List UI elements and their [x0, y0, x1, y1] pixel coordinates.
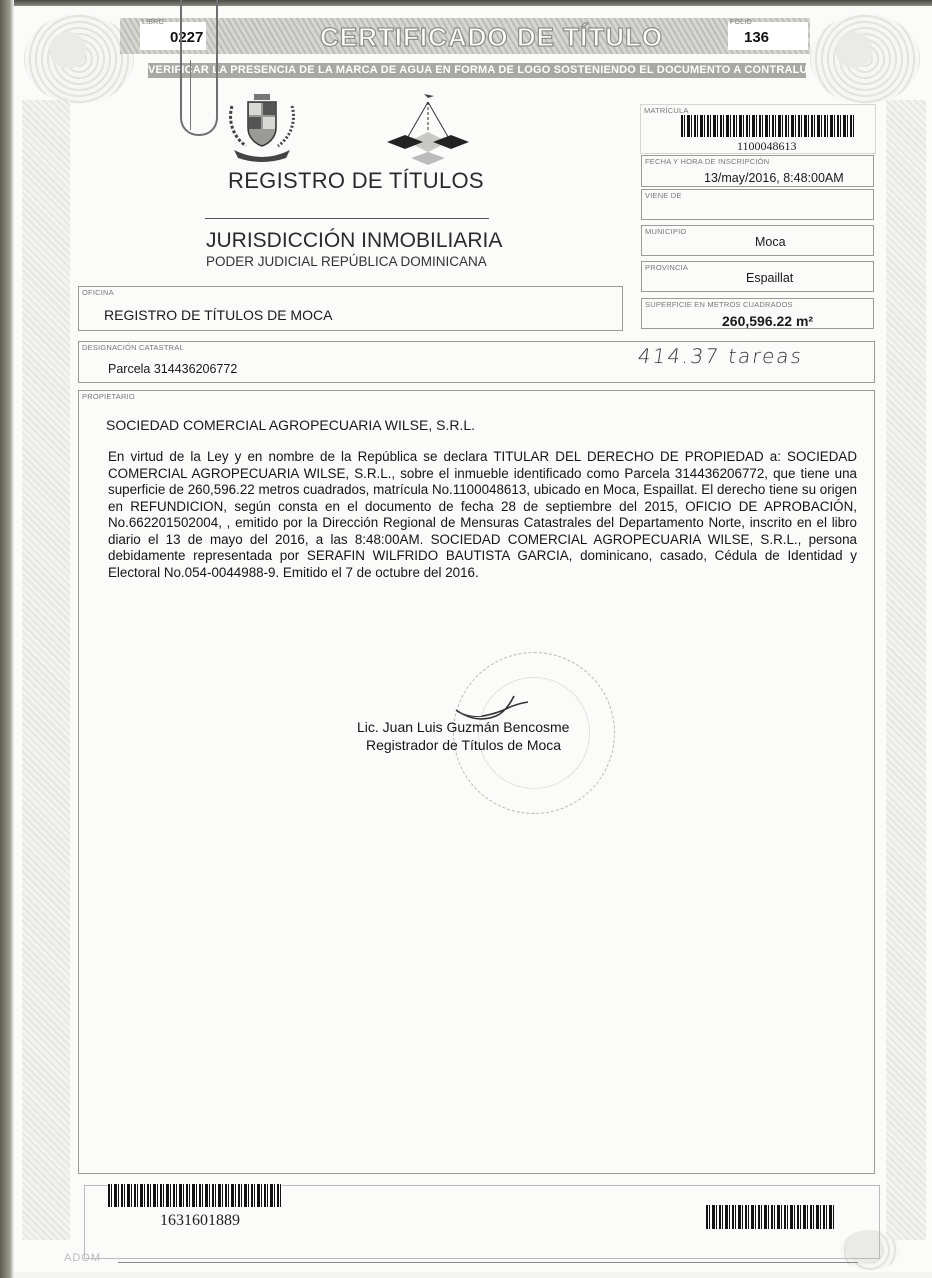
- provincia-value: Espaillat: [746, 271, 793, 285]
- owner-name: SOCIEDAD COMERCIAL AGROPECUARIA WILSE, S…: [106, 417, 475, 433]
- secondary-barcode-icon: [706, 1205, 836, 1229]
- divider: [205, 218, 489, 219]
- provincia-label: PROVINCIA: [645, 263, 688, 272]
- title-declaration-text: En virtud de la Ley y en nombre de la Re…: [108, 449, 857, 581]
- ornament-corner-icon: [24, 14, 134, 104]
- matricula-value: 1100048613: [737, 139, 797, 154]
- matricula-label: MATRÍCULA: [644, 106, 689, 115]
- footer-barcode-icon: [108, 1184, 282, 1207]
- provincia-field: PROVINCIA Espaillat: [641, 261, 874, 292]
- guilloche-border-right: [886, 100, 926, 1240]
- org-title: REGISTRO DE TÍTULOS: [228, 168, 484, 194]
- coat-of-arms-icon: [222, 92, 302, 164]
- paperclip-icon: [180, 0, 218, 136]
- signer-name: Lic. Juan Luis Guzmán Bencosme: [357, 719, 569, 735]
- oficina-field: OFICINA REGISTRO DE TÍTULOS DE MOCA: [78, 286, 623, 331]
- municipio-label: MUNICIPIO: [645, 227, 686, 236]
- cadastre-logo-icon: [385, 92, 471, 166]
- fecha-inscripcion-label: FECHA Y HORA DE INSCRIPCIÓN: [645, 157, 769, 166]
- municipio-value: Moca: [755, 235, 786, 249]
- viene-de-label: VIENE DE: [645, 191, 682, 200]
- jurisdiction-title: JURISDICCIÓN INMOBILIARIA: [206, 229, 502, 253]
- footer-barcode-number: 1631601889: [160, 1212, 240, 1230]
- guilloche-border-left: [22, 100, 70, 1240]
- signer-title: Registrador de Títulos de Moca: [366, 737, 561, 753]
- superficie-value: 260,596.22 m²: [722, 313, 813, 329]
- superficie-label: SUPERFICIE EN METROS CUADRADOS: [645, 300, 793, 309]
- folio-box: FOLIO 136: [728, 22, 808, 50]
- certificate-title: CERTIFICADO DE TÍTULO: [320, 22, 663, 53]
- folio-value: 136: [744, 29, 769, 46]
- municipio-field: MUNICIPIO Moca: [641, 225, 874, 256]
- jurisdiction-subtitle: PODER JUDICIAL REPÚBLICA DOMINICANA: [206, 254, 487, 269]
- propietario-label: PROPIETARIO: [82, 392, 135, 401]
- libro-label: LIBRO: [142, 19, 164, 26]
- handwritten-note: 414.37 tareas: [636, 344, 805, 368]
- viene-de-field: VIENE DE: [641, 189, 874, 220]
- paperclip-inner-wire: [190, 60, 191, 130]
- matricula-field: MATRÍCULA 1100048613: [640, 104, 876, 154]
- fecha-inscripcion-field: FECHA Y HORA DE INSCRIPCIÓN 13/may/2016,…: [641, 155, 874, 187]
- designacion-catastral-label: DESIGNACIÓN CATASTRAL: [82, 343, 184, 352]
- designacion-catastral-value: Parcela 314436206772: [108, 362, 237, 376]
- matricula-barcode-icon: [681, 115, 855, 137]
- scan-edge-left: [0, 0, 14, 1278]
- oficina-value: REGISTRO DE TÍTULOS DE MOCA: [104, 307, 332, 323]
- superficie-field: SUPERFICIE EN METROS CUADRADOS 260,596.2…: [641, 298, 874, 329]
- folio-label: FOLIO: [730, 19, 752, 26]
- ornament-corner-icon: [810, 14, 920, 104]
- fecha-inscripcion-value: 13/may/2016, 8:48:00AM: [704, 171, 844, 185]
- bottom-divider: [118, 1262, 858, 1263]
- oficina-label: OFICINA: [82, 288, 114, 297]
- watermark-notice: VERIFICAR LA PRESENCIA DE LA MARCA DE AG…: [148, 63, 806, 78]
- stamp-fragment: ADOM: [64, 1252, 101, 1264]
